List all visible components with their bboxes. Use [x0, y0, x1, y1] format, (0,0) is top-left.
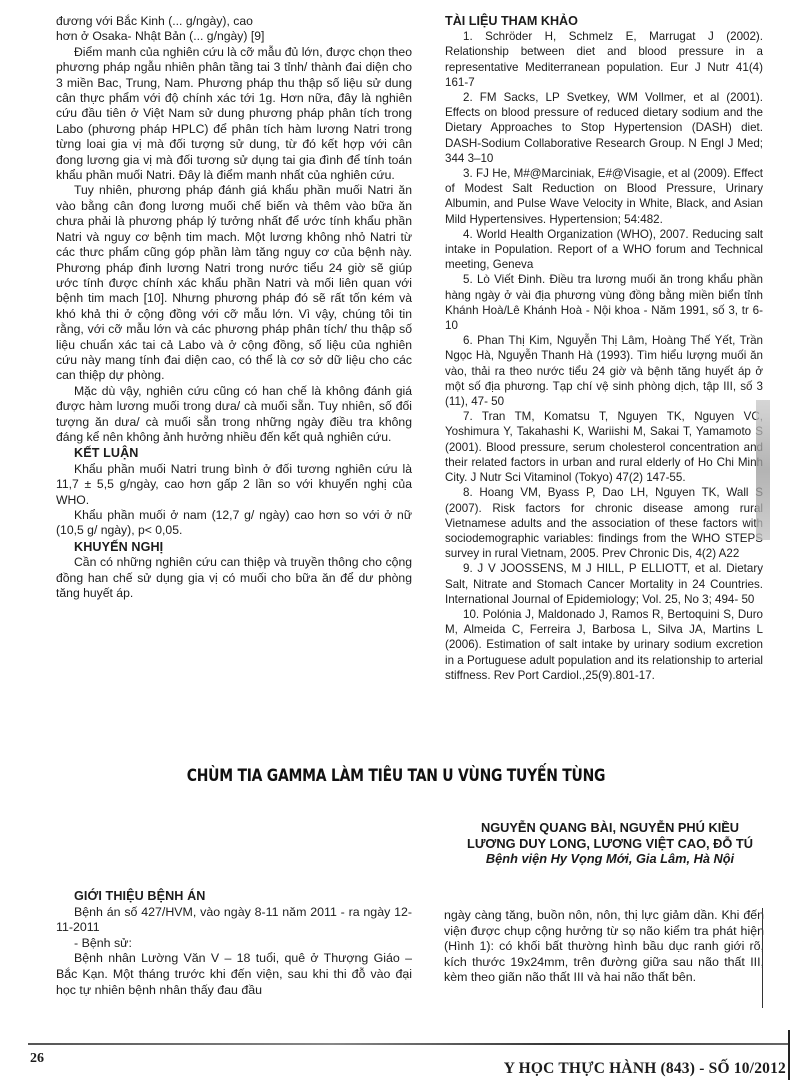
column-edge-line [762, 908, 763, 1008]
scan-shadow [756, 400, 770, 540]
case-paragraph: Bệnh án số 427/HVM, vào ngày 8-11 năm 20… [56, 905, 412, 936]
recommendation-heading: KHUYẾN NGHỊ [74, 540, 412, 555]
reference-item: 2. FM Sacks, LP Svetkey, WM Vollmer, et … [445, 90, 763, 166]
authors-line: LƯƠNG DUY LONG, LƯƠNG VIỆT CAO, ĐỖ TÚ [440, 836, 780, 852]
discussion-paragraph: Tuy nhiên, phương pháp đánh giá khẩu phầ… [56, 183, 412, 383]
references-heading: TÀI LIỆU THAM KHẢO [445, 14, 763, 29]
footer-rule [28, 1043, 788, 1045]
continuation-line: đương với Bắc Kinh (... g/ngày), cao [56, 14, 412, 29]
reference-item: 9. J V JOOSSENS, M J HILL, P ELLIOTT, et… [445, 561, 763, 607]
page-number: 26 [30, 1051, 44, 1067]
continuation-line: hơn ở Osaka- Nhật Bản (... g/ngày) [9] [56, 29, 412, 44]
reference-item: 10. Polónia J, Maldonado J, Ramos R, Ber… [445, 607, 763, 683]
reference-item: 6. Phan Thị Kim, Nguyễn Thị Lâm, Hoàng T… [445, 333, 763, 409]
recommendation-paragraph: Cần có những nghiên cứu can thiệp và tru… [56, 555, 412, 601]
affiliation: Bệnh viện Hy Vọng Mới, Gia Lâm, Hà Nội [440, 851, 780, 867]
references-section: TÀI LIỆU THAM KHẢO 1. Schröder H, Schmel… [445, 14, 763, 683]
case-paragraph: - Bệnh sử: [56, 936, 412, 952]
reference-item: 1. Schröder H, Schmelz E, Marrugat J (20… [445, 29, 763, 90]
case-paragraph: Bệnh nhân Lường Văn V – 18 tuổi, quê ở T… [56, 951, 412, 998]
conclusion-paragraph: Khẩu phần muối Natri trung bình ở đối tư… [56, 462, 412, 508]
footer-edge-line [788, 1030, 790, 1080]
case-paragraph: ngày càng tăng, buồn nôn, nôn, thị lực g… [444, 908, 764, 986]
case-intro-right: ngày càng tăng, buồn nôn, nôn, thị lực g… [444, 908, 764, 986]
author-block: NGUYỄN QUANG BÀI, NGUYỄN PHÚ KIỀU LƯƠNG … [440, 820, 780, 867]
discussion-paragraph: Điểm manh của nghiên cứu là cỡ mẫu đủ lớ… [56, 45, 412, 184]
reference-item: 4. World Health Organization (WHO), 2007… [445, 227, 763, 273]
conclusion-heading: KẾT LUẬN [74, 446, 412, 461]
article-title: CHÙM TIA GAMMA LÀM TIÊU TAN U VÙNG TUYẾN… [71, 766, 720, 786]
reference-item: 5. Lò Viết Đinh. Điều tra lương muối ăn … [445, 272, 763, 333]
discussion-paragraph: Mặc dù vậy, nghiên cứu cũng có han chế l… [56, 384, 412, 446]
reference-item: 8. Hoang VM, Byass P, Dao LH, Nguyen TK,… [445, 485, 763, 561]
authors-line: NGUYỄN QUANG BÀI, NGUYỄN PHÚ KIỀU [440, 820, 780, 836]
left-column-top: đương với Bắc Kinh (... g/ngày), cao hơn… [56, 14, 412, 601]
case-section-heading: GIỚI THIỆU BỆNH ÁN [74, 889, 412, 905]
case-intro-left: GIỚI THIỆU BỆNH ÁN Bệnh án số 427/HVM, v… [56, 888, 412, 998]
reference-item: 3. FJ He, M#@Marciniak, E#@Visagie, et a… [445, 166, 763, 227]
journal-footer: Y HỌC THỰC HÀNH (843) - SỐ 10/2012 [504, 1060, 786, 1078]
reference-item: 7. Tran TM, Komatsu T, Nguyen TK, Nguyen… [445, 409, 763, 485]
conclusion-paragraph: Khẩu phần muối ở nam (12,7 g/ ngày) cao … [56, 508, 412, 539]
